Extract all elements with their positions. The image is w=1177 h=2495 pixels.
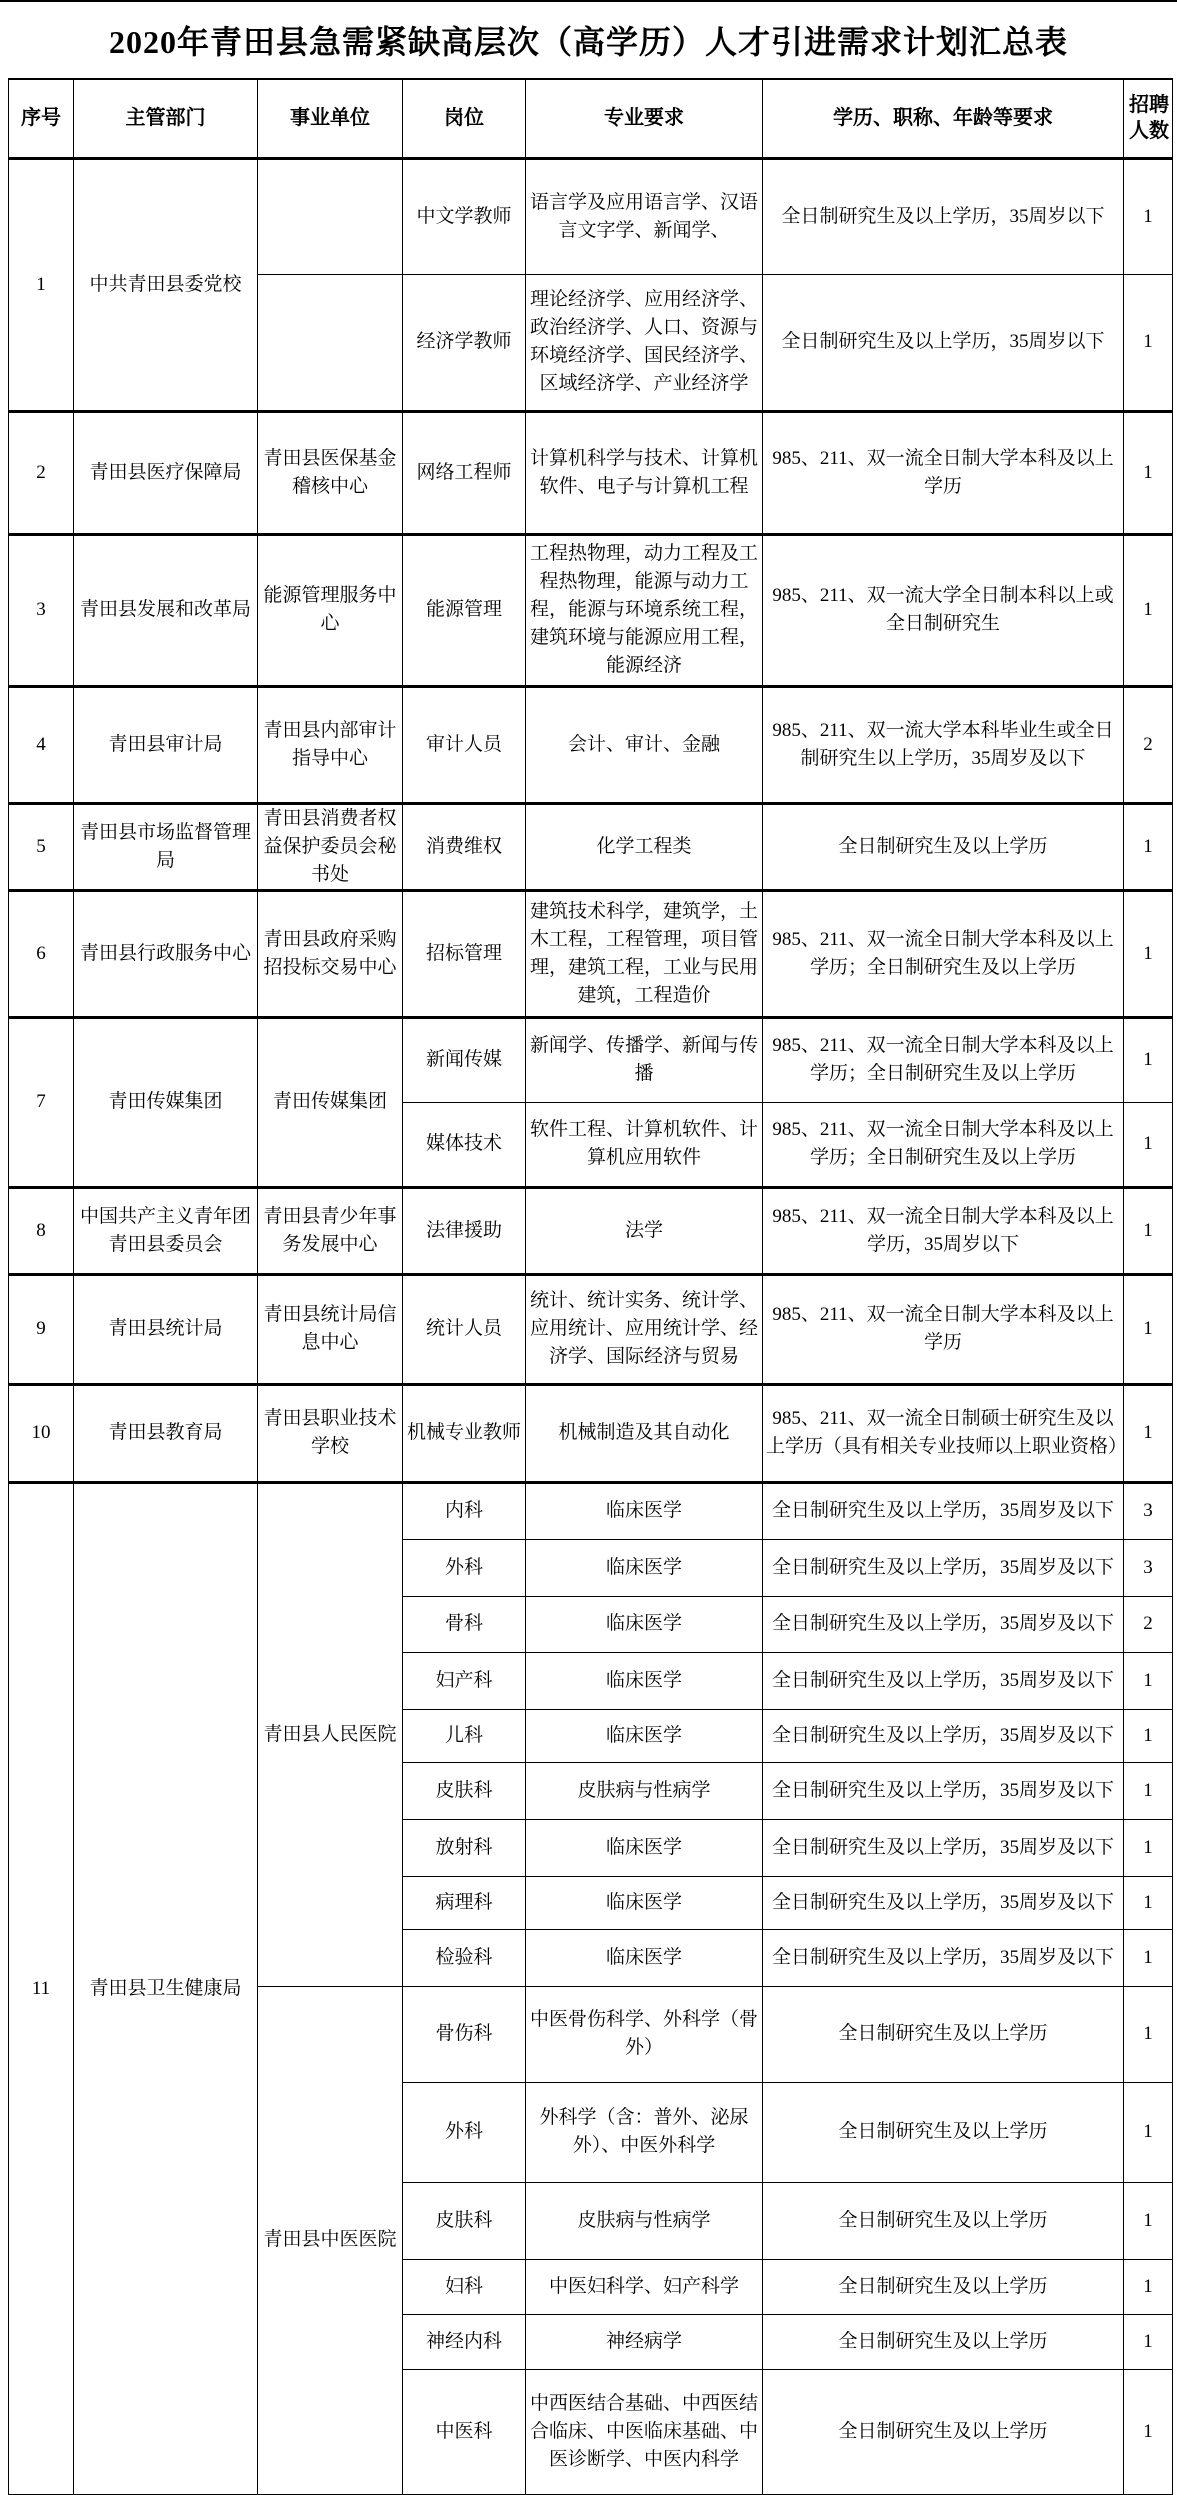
cell-qualification-requirements: 全日制研究生及以上学历，35周岁及以下: [763, 1709, 1124, 1762]
cell-qualification-requirements: 全日制研究生及以上学历: [763, 2082, 1124, 2182]
cell-seq: 9: [9, 1274, 74, 1384]
cell-major-requirements: 临床医学: [526, 1539, 763, 1596]
header-label: 专业要求: [529, 105, 759, 131]
cell-institution: 青田县青少年事务发展中心: [258, 1187, 403, 1274]
cell-position: 媒体技术: [403, 1102, 526, 1187]
cell-department: 青田县审计局: [74, 686, 258, 803]
cell-seq: 5: [9, 803, 74, 890]
cell-position: 招标管理: [403, 890, 526, 1017]
cell-qualification-requirements: 985、211、双一流全日制大学本科及以上学历；全日制研究生及以上学历: [763, 890, 1124, 1017]
cell-major-requirements: 皮肤病与性病学: [526, 2182, 763, 2259]
cell-position: 儿科: [403, 1709, 526, 1762]
cell-position: 统计人员: [403, 1274, 526, 1384]
cell-qualification-requirements: 全日制研究生及以上学历，35周岁及以下: [763, 1929, 1124, 1986]
cell-major-requirements: 语言学及应用语言学、汉语言文字学、新闻学、: [526, 158, 763, 274]
cell-major-requirements: 临床医学: [526, 1482, 763, 1539]
cell-seq: 10: [9, 1384, 74, 1482]
cell-qualification-requirements: 全日制研究生及以上学历，35周岁及以下: [763, 1762, 1124, 1819]
header-position: 岗位: [403, 79, 526, 158]
cell-position: 病理科: [403, 1876, 526, 1929]
cell-position: 妇科: [403, 2259, 526, 2314]
cell-qualification-requirements: 全日制研究生及以上学历: [763, 803, 1124, 890]
cell-department: 青田县教育局: [74, 1384, 258, 1482]
cell-institution: [258, 158, 403, 274]
cell-headcount: 1: [1124, 2259, 1173, 2314]
cell-position: 外科: [403, 2082, 526, 2182]
cell-qualification-requirements: 全日制研究生及以上学历，35周岁及以下: [763, 1482, 1124, 1539]
cell-headcount: 1: [1124, 534, 1173, 686]
cell-major-requirements: 统计、统计实务、统计学、应用统计、应用统计学、经济学、国际经济与贸易: [526, 1274, 763, 1384]
cell-major-requirements: 皮肤病与性病学: [526, 1762, 763, 1819]
cell-position: 网络工程师: [403, 411, 526, 534]
cell-department: 中共青田县委党校: [74, 158, 258, 411]
cell-department: 青田县统计局: [74, 1274, 258, 1384]
cell-headcount: 1: [1124, 411, 1173, 534]
cell-position: 中医科: [403, 2369, 526, 2494]
cell-qualification-requirements: 全日制研究生及以上学历: [763, 2182, 1124, 2259]
cell-major-requirements: 外科学（含：普外、泌尿外）、中医外科学: [526, 2082, 763, 2182]
cell-department: 青田县医疗保障局: [74, 411, 258, 534]
recruitment-table: 序号主管部门事业单位岗位专业要求学历、职称、年龄等要求招聘人数 1中共青田县委党…: [8, 78, 1173, 2495]
cell-major-requirements: 临床医学: [526, 1709, 763, 1762]
cell-position: 检验科: [403, 1929, 526, 1986]
cell-position: 能源管理: [403, 534, 526, 686]
table-row: 8中国共产主义青年团青田县委员会青田县青少年事务发展中心法律援助法学985、21…: [9, 1187, 1173, 1274]
cell-headcount: 1: [1124, 1274, 1173, 1384]
cell-seq: 7: [9, 1017, 74, 1187]
cell-qualification-requirements: 985、211、双一流全日制大学本科及以上学历；全日制研究生及以上学历: [763, 1102, 1124, 1187]
header-qualification-requirements: 学历、职称、年龄等要求: [763, 79, 1124, 158]
cell-headcount: 1: [1124, 2082, 1173, 2182]
cell-seq: 3: [9, 534, 74, 686]
cell-headcount: 1: [1124, 1876, 1173, 1929]
cell-seq: 1: [9, 158, 74, 411]
header-label: 学历、职称、年龄等要求: [766, 105, 1120, 131]
table-row: 6青田县行政服务中心青田县政府采购招投标交易中心招标管理建筑技术科学，建筑学，土…: [9, 890, 1173, 1017]
cell-major-requirements: 法学: [526, 1187, 763, 1274]
cell-department: 青田传媒集团: [74, 1017, 258, 1187]
table-row: 3青田县发展和改革局能源管理服务中心能源管理工程热物理，动力工程及工程热物理，能…: [9, 534, 1173, 686]
cell-qualification-requirements: 全日制研究生及以上学历: [763, 2259, 1124, 2314]
cell-position: 消费维权: [403, 803, 526, 890]
cell-position: 法律援助: [403, 1187, 526, 1274]
cell-position: 骨科: [403, 1596, 526, 1652]
cell-department: 青田县发展和改革局: [74, 534, 258, 686]
cell-position: 外科: [403, 1539, 526, 1596]
cell-position: 审计人员: [403, 686, 526, 803]
cell-qualification-requirements: 全日制研究生及以上学历，35周岁及以下: [763, 1819, 1124, 1876]
table-row: 1中共青田县委党校中文学教师语言学及应用语言学、汉语言文字学、新闻学、全日制研究…: [9, 158, 1173, 274]
cell-qualification-requirements: 全日制研究生及以上学历，35周岁以下: [763, 158, 1124, 274]
table-row: 10青田县教育局青田县职业技术学校机械专业教师机械制造及其自动化985、211、…: [9, 1384, 1173, 1482]
cell-headcount: 1: [1124, 2182, 1173, 2259]
cell-position: 骨伤科: [403, 1986, 526, 2082]
cell-headcount: 3: [1124, 1539, 1173, 1596]
cell-position: 放射科: [403, 1819, 526, 1876]
header-label: 招聘人数: [1127, 92, 1171, 144]
cell-position: 新闻传媒: [403, 1017, 526, 1102]
cell-position: 皮肤科: [403, 1762, 526, 1819]
cell-qualification-requirements: 全日制研究生及以上学历，35周岁及以下: [763, 1876, 1124, 1929]
cell-headcount: 1: [1124, 1017, 1173, 1102]
cell-position: 中文学教师: [403, 158, 526, 274]
header-institution: 事业单位: [258, 79, 403, 158]
cell-headcount: 1: [1124, 2314, 1173, 2369]
cell-qualification-requirements: 全日制研究生及以上学历，35周岁及以下: [763, 1652, 1124, 1709]
table-row: 4青田县审计局青田县内部审计指导中心审计人员会计、审计、金融985、211、双一…: [9, 686, 1173, 803]
cell-qualification-requirements: 985、211、双一流全日制大学本科及以上学历: [763, 1274, 1124, 1384]
cell-position: 妇产科: [403, 1652, 526, 1709]
header-label: 岗位: [406, 105, 522, 131]
header-headcount: 招聘人数: [1124, 79, 1173, 158]
table-row: 2青田县医疗保障局青田县医保基金稽核中心网络工程师计算机科学与技术、计算机软件、…: [9, 411, 1173, 534]
table-header: 序号主管部门事业单位岗位专业要求学历、职称、年龄等要求招聘人数: [9, 79, 1173, 158]
cell-qualification-requirements: 全日制研究生及以上学历，35周岁及以下: [763, 1596, 1124, 1652]
cell-qualification-requirements: 985、211、双一流全日制大学本科及以上学历；全日制研究生及以上学历: [763, 1017, 1124, 1102]
cell-position: 经济学教师: [403, 274, 526, 411]
cell-institution: 青田县政府采购招投标交易中心: [258, 890, 403, 1017]
cell-seq: 11: [9, 1482, 74, 2494]
cell-major-requirements: 中西医结合基础、中西医结合临床、中医临床基础、中医诊断学、中医内科学: [526, 2369, 763, 2494]
cell-headcount: 1: [1124, 1929, 1173, 1986]
table-row: 11青田县卫生健康局青田县人民医院内科临床医学全日制研究生及以上学历，35周岁及…: [9, 1482, 1173, 1539]
cell-qualification-requirements: 985、211、双一流全日制硕士研究生及以上学历（具有相关专业技师以上职业资格）: [763, 1384, 1124, 1482]
header-seq: 序号: [9, 79, 74, 158]
cell-position: 机械专业教师: [403, 1384, 526, 1482]
cell-qualification-requirements: 985、211、双一流大学本科毕业生或全日制研究生以上学历，35周岁及以下: [763, 686, 1124, 803]
cell-headcount: 1: [1124, 274, 1173, 411]
cell-institution: 青田县职业技术学校: [258, 1384, 403, 1482]
cell-department: 青田县市场监督管理局: [74, 803, 258, 890]
cell-headcount: 1: [1124, 1986, 1173, 2082]
cell-qualification-requirements: 985、211、双一流全日制大学本科及以上学历，35周岁以下: [763, 1187, 1124, 1274]
cell-institution: 青田县中医医院: [258, 1986, 403, 2494]
cell-major-requirements: 神经病学: [526, 2314, 763, 2369]
cell-qualification-requirements: 985、211、双一流大学全日制本科以上或全日制研究生: [763, 534, 1124, 686]
cell-major-requirements: 会计、审计、金融: [526, 686, 763, 803]
cell-qualification-requirements: 985、211、双一流全日制大学本科及以上学历: [763, 411, 1124, 534]
cell-position: 神经内科: [403, 2314, 526, 2369]
cell-seq: 8: [9, 1187, 74, 1274]
cell-seq: 2: [9, 411, 74, 534]
cell-qualification-requirements: 全日制研究生及以上学历，35周岁及以下: [763, 1539, 1124, 1596]
cell-headcount: 1: [1124, 158, 1173, 274]
cell-department: 中国共产主义青年团青田县委员会: [74, 1187, 258, 1274]
cell-major-requirements: 临床医学: [526, 1596, 763, 1652]
cell-department: 青田县行政服务中心: [74, 890, 258, 1017]
cell-institution: 青田县统计局信息中心: [258, 1274, 403, 1384]
cell-position: 皮肤科: [403, 2182, 526, 2259]
cell-headcount: 1: [1124, 1819, 1173, 1876]
cell-qualification-requirements: 全日制研究生及以上学历: [763, 2314, 1124, 2369]
cell-institution: 青田县人民医院: [258, 1482, 403, 1986]
cell-institution: 青田县消费者权益保护委员会秘书处: [258, 803, 403, 890]
cell-institution: 能源管理服务中心: [258, 534, 403, 686]
cell-major-requirements: 计算机科学与技术、计算机软件、电子与计算机工程: [526, 411, 763, 534]
cell-headcount: 1: [1124, 803, 1173, 890]
cell-qualification-requirements: 全日制研究生及以上学历，35周岁以下: [763, 274, 1124, 411]
cell-headcount: 1: [1124, 1187, 1173, 1274]
cell-major-requirements: 工程热物理，动力工程及工程热物理，能源与动力工程，能源与环境系统工程，建筑环境与…: [526, 534, 763, 686]
cell-department: 青田县卫生健康局: [74, 1482, 258, 2494]
cell-major-requirements: 临床医学: [526, 1652, 763, 1709]
cell-headcount: 3: [1124, 1482, 1173, 1539]
cell-institution: 青田传媒集团: [258, 1017, 403, 1187]
cell-position: 内科: [403, 1482, 526, 1539]
header-department: 主管部门: [74, 79, 258, 158]
cell-headcount: 1: [1124, 1762, 1173, 1819]
cell-institution: 青田县医保基金稽核中心: [258, 411, 403, 534]
cell-headcount: 1: [1124, 890, 1173, 1017]
cell-institution: [258, 274, 403, 411]
table-body: 1中共青田县委党校中文学教师语言学及应用语言学、汉语言文字学、新闻学、全日制研究…: [9, 158, 1173, 2494]
cell-major-requirements: 化学工程类: [526, 803, 763, 890]
cell-headcount: 1: [1124, 1102, 1173, 1187]
cell-institution: 青田县内部审计指导中心: [258, 686, 403, 803]
cell-major-requirements: 建筑技术科学，建筑学，土木工程，工程管理，项目管理，建筑工程，工业与民用建筑，工…: [526, 890, 763, 1017]
cell-major-requirements: 临床医学: [526, 1929, 763, 1986]
header-major-requirements: 专业要求: [526, 79, 763, 158]
header-label: 序号: [12, 105, 70, 131]
cell-qualification-requirements: 全日制研究生及以上学历: [763, 2369, 1124, 2494]
cell-major-requirements: 中医妇科学、妇产科学: [526, 2259, 763, 2314]
cell-headcount: 1: [1124, 1652, 1173, 1709]
header-label: 主管部门: [77, 105, 254, 131]
table-row: 7青田传媒集团青田传媒集团新闻传媒新闻学、传播学、新闻与传播985、211、双一…: [9, 1017, 1173, 1102]
cell-headcount: 2: [1124, 686, 1173, 803]
cell-major-requirements: 理论经济学、应用经济学、政治经济学、人口、资源与环境经济学、国民经济学、区域经济…: [526, 274, 763, 411]
cell-major-requirements: 中医骨伤科学、外科学（骨外）: [526, 1986, 763, 2082]
cell-qualification-requirements: 全日制研究生及以上学历: [763, 1986, 1124, 2082]
cell-headcount: 1: [1124, 1709, 1173, 1762]
cell-major-requirements: 新闻学、传播学、新闻与传播: [526, 1017, 763, 1102]
page-title: 2020年青田县急需紧缺高层次（高学历）人才引进需求计划汇总表: [0, 2, 1177, 78]
table-row: 5青田县市场监督管理局青田县消费者权益保护委员会秘书处消费维权化学工程类全日制研…: [9, 803, 1173, 890]
cell-major-requirements: 临床医学: [526, 1876, 763, 1929]
cell-seq: 4: [9, 686, 74, 803]
cell-headcount: 1: [1124, 1384, 1173, 1482]
cell-major-requirements: 临床医学: [526, 1819, 763, 1876]
cell-headcount: 1: [1124, 2369, 1173, 2494]
cell-headcount: 2: [1124, 1596, 1173, 1652]
cell-major-requirements: 机械制造及其自动化: [526, 1384, 763, 1482]
header-label: 事业单位: [261, 105, 399, 131]
cell-seq: 6: [9, 890, 74, 1017]
cell-major-requirements: 软件工程、计算机软件、计算机应用软件: [526, 1102, 763, 1187]
table-row: 9青田县统计局青田县统计局信息中心统计人员统计、统计实务、统计学、应用统计、应用…: [9, 1274, 1173, 1384]
